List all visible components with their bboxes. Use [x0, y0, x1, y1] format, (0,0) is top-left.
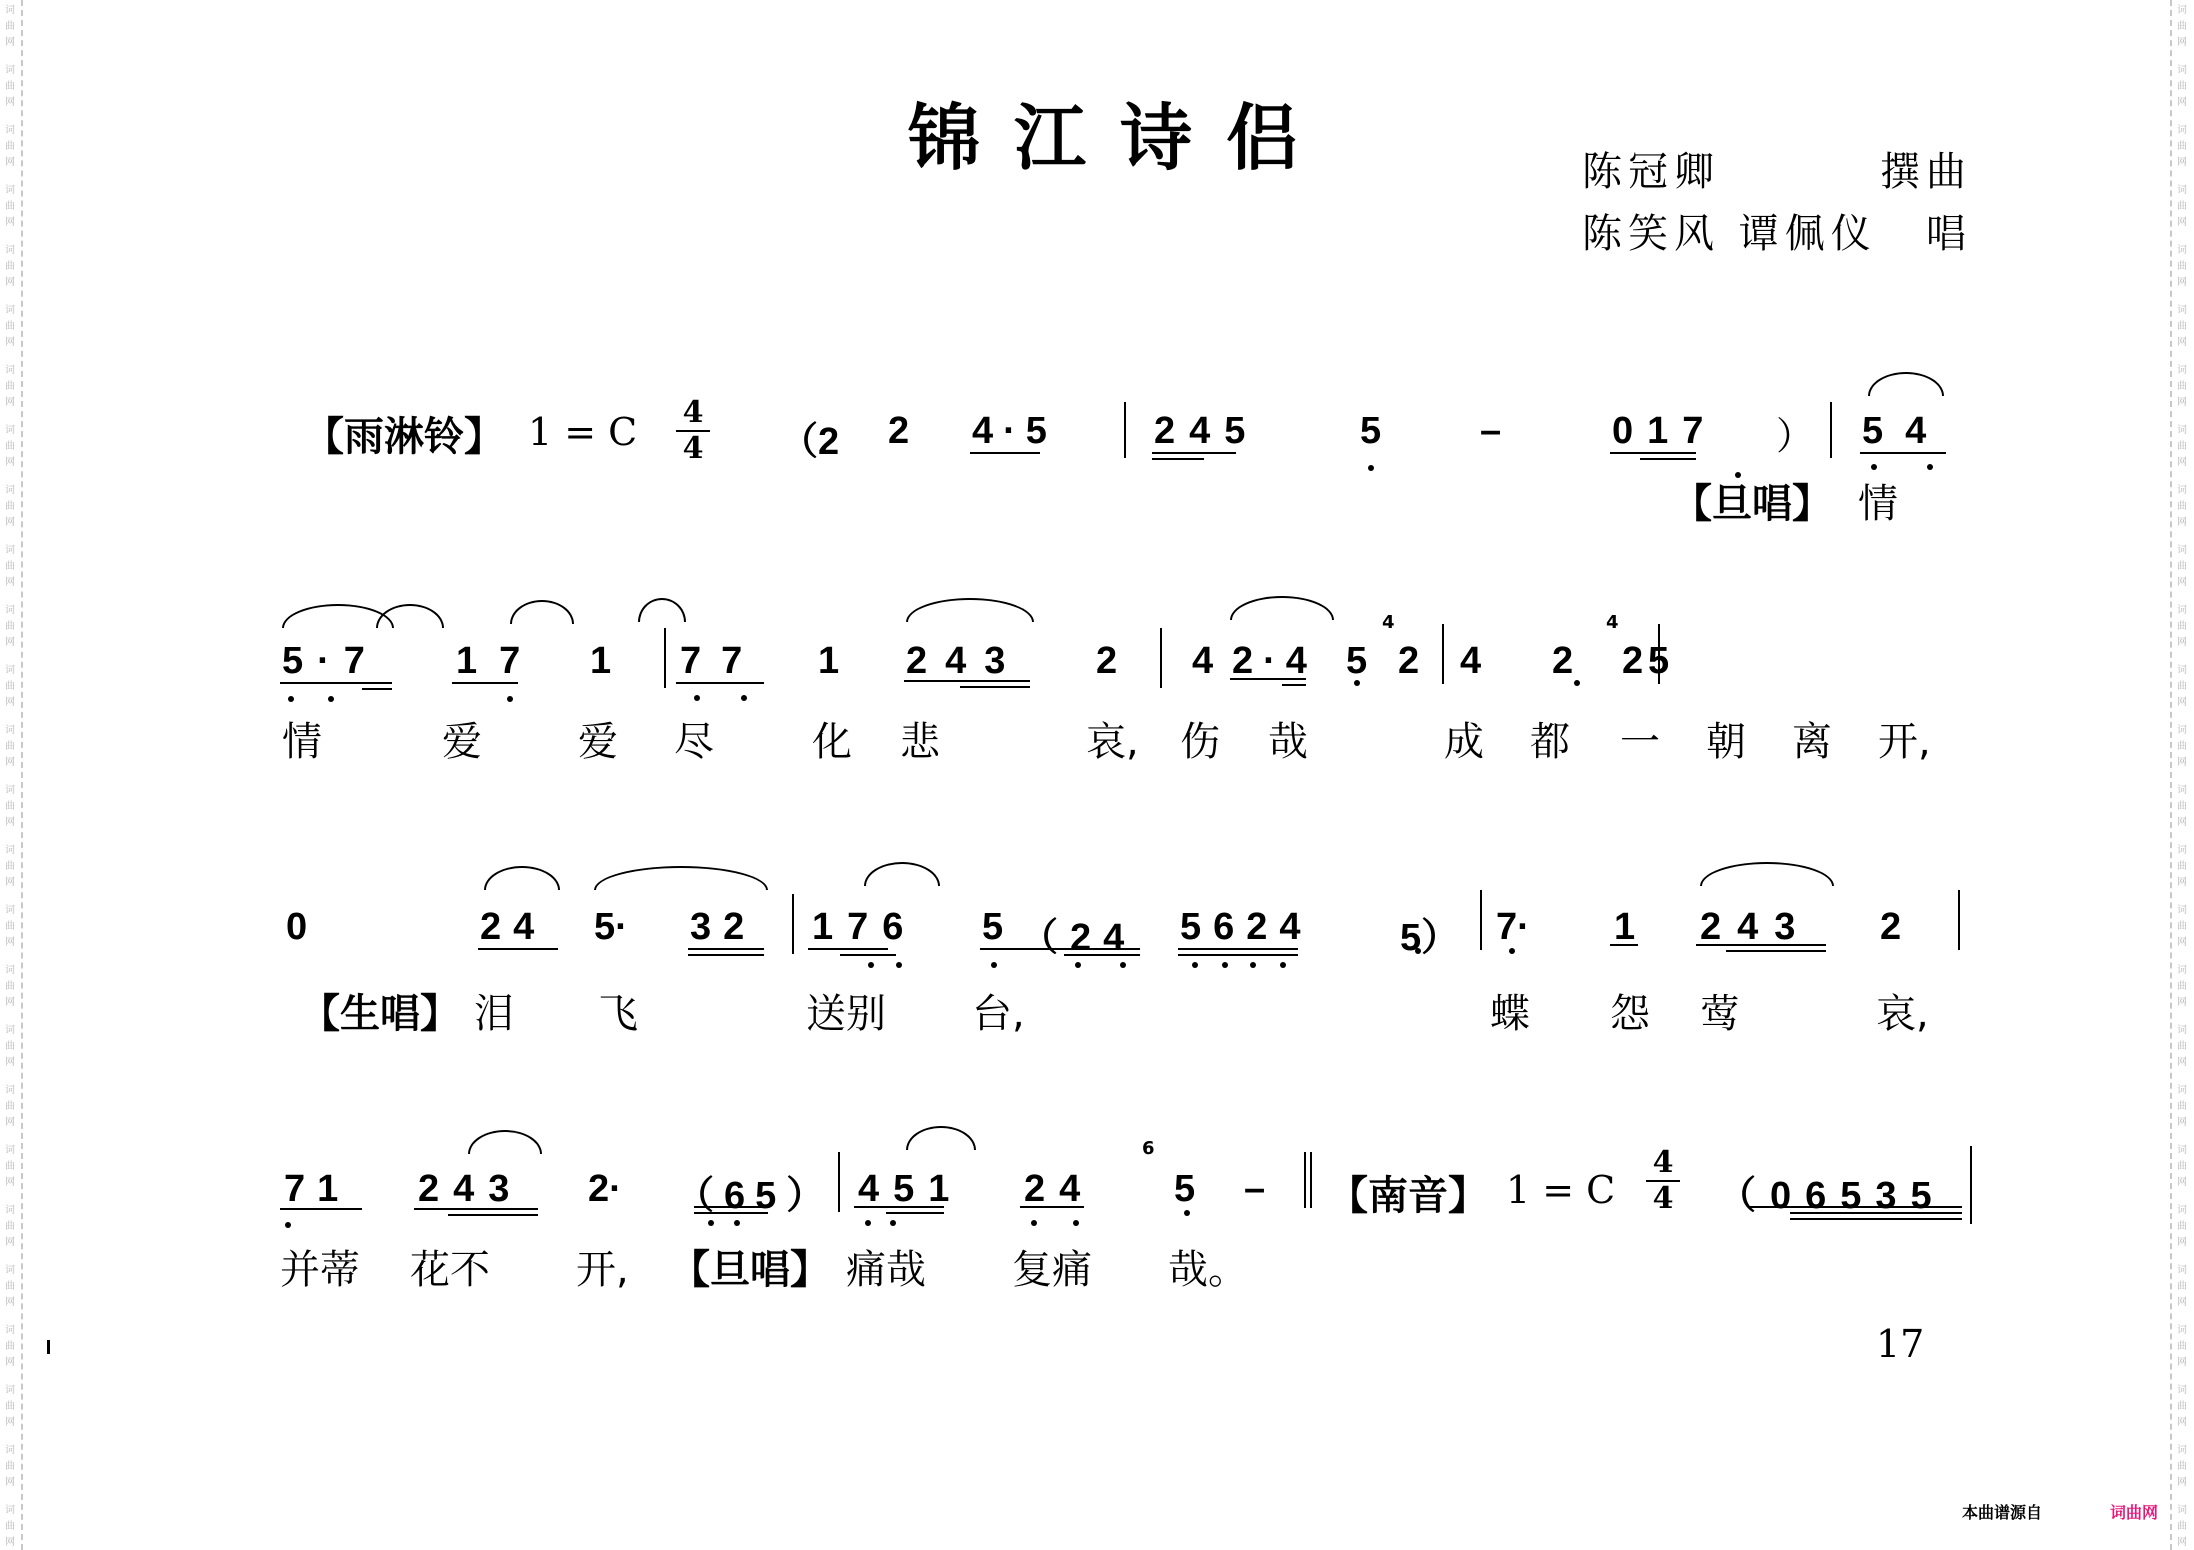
watermark-glyph: 曲	[4, 320, 16, 333]
octave-dot	[694, 695, 700, 701]
watermark-glyph: 网	[4, 876, 16, 889]
octave-dot	[991, 962, 997, 968]
watermark-glyph: 网	[4, 936, 16, 949]
watermark-glyph: 词	[4, 124, 16, 137]
watermark-glyph: 曲	[4, 1400, 16, 1413]
note: 4	[1460, 640, 1481, 683]
watermark-glyph: 曲	[2176, 560, 2188, 573]
slur	[468, 1130, 542, 1154]
watermark-glyph: 词	[4, 1024, 16, 1037]
watermark-glyph: 词	[2176, 1384, 2188, 1397]
dash: –	[1480, 410, 1501, 453]
double-barline	[1310, 1152, 1312, 1208]
watermark-glyph: 网	[2176, 636, 2188, 649]
watermark-glyph: 词	[2176, 1084, 2188, 1097]
song-title: 锦江诗侣	[908, 80, 1332, 184]
watermark-glyph: 词	[4, 1204, 16, 1217]
time-signature: 44	[676, 398, 710, 464]
watermark-glyph: 曲	[4, 80, 16, 93]
right-watermark-strip: 词曲网词曲网词曲网词曲网词曲网词曲网词曲网词曲网词曲网词曲网词曲网词曲网词曲网词…	[2168, 0, 2192, 1550]
note-group: 243	[906, 640, 1023, 683]
note-group: 54	[1862, 410, 1948, 453]
watermark-glyph: 词	[2176, 904, 2188, 917]
note-group: （65）	[676, 1164, 834, 1219]
lyric: 朝	[1706, 710, 1746, 767]
note: 2	[1880, 906, 1901, 949]
octave-dot	[328, 696, 334, 702]
watermark-glyph: 曲	[2176, 920, 2188, 933]
margin-mark	[47, 1340, 50, 1354]
watermark-glyph: 网	[4, 1296, 16, 1309]
barline	[1958, 890, 1960, 950]
note-group: 2·4	[1232, 640, 1317, 683]
lyric: 伤	[1180, 710, 1220, 767]
watermark-glyph: 网	[2176, 156, 2188, 169]
lyric: 蝶	[1490, 982, 1530, 1039]
watermark-glyph: 曲	[2176, 1040, 2188, 1053]
octave-dot	[1509, 948, 1515, 954]
note-group: 24	[1024, 1168, 1094, 1211]
underline	[1610, 452, 1696, 454]
underline	[1790, 1218, 1962, 1220]
watermark-glyph: 词	[2176, 544, 2188, 557]
watermark-glyph: 词	[4, 424, 16, 437]
octave-dot	[1073, 1220, 1079, 1226]
watermark-glyph: 曲	[2176, 440, 2188, 453]
note: 7·	[1496, 906, 1530, 949]
lyric: 泪	[474, 982, 514, 1039]
watermark-glyph: 词	[2176, 664, 2188, 677]
watermark-glyph: 词	[2176, 1444, 2188, 1457]
watermark-glyph: 曲	[4, 980, 16, 993]
underline	[1610, 944, 1638, 946]
underline	[1750, 1206, 1962, 1208]
lyric: 痛哉	[846, 1238, 926, 1295]
lyric: 并蒂	[280, 1238, 360, 1295]
lyric: 爱	[578, 710, 618, 767]
lyric: 都	[1530, 710, 1570, 767]
watermark-glyph: 网	[2176, 216, 2188, 229]
octave-dot	[865, 1220, 871, 1226]
watermark-glyph: 网	[2176, 36, 2188, 49]
watermark-glyph: 曲	[4, 1220, 16, 1233]
watermark-glyph: 网	[2176, 996, 2188, 1009]
watermark-glyph: 网	[4, 816, 16, 829]
octave-dot	[1192, 962, 1198, 968]
octave-dot	[741, 695, 747, 701]
watermark-glyph: 曲	[4, 800, 16, 813]
slur	[906, 1126, 976, 1150]
watermark-glyph: 词	[4, 304, 16, 317]
note-group: 17	[456, 640, 542, 683]
barline	[664, 628, 666, 688]
slur	[864, 862, 940, 886]
octave-dot	[890, 1220, 896, 1226]
watermark-glyph: 网	[2176, 576, 2188, 589]
lyric: 哉。	[1168, 1238, 1248, 1295]
watermark-glyph: 词	[2176, 184, 2188, 197]
underline	[970, 452, 1040, 454]
watermark-glyph: 词	[4, 1264, 16, 1277]
lyric: 爱	[442, 710, 482, 767]
watermark-glyph: 词	[2176, 1324, 2188, 1337]
barline	[1658, 624, 1660, 684]
dashed-border	[2170, 0, 2172, 1550]
note-group: 243	[418, 1168, 523, 1211]
watermark-glyph: 曲	[4, 140, 16, 153]
watermark-glyph: 曲	[2176, 1520, 2188, 1533]
octave-dot	[285, 1222, 291, 1228]
watermark-glyph: 词	[4, 64, 16, 77]
watermark-glyph: 网	[2176, 1056, 2188, 1069]
octave-dot	[708, 1220, 714, 1226]
underline	[1282, 684, 1306, 686]
watermark-glyph: 曲	[4, 560, 16, 573]
note-group: 451	[858, 1168, 963, 1211]
watermark-glyph: 网	[4, 1476, 16, 1489]
watermark-glyph: 网	[2176, 276, 2188, 289]
note-group: 77	[680, 640, 762, 683]
watermark-glyph: 网	[2176, 1116, 2188, 1129]
watermark-glyph: 曲	[2176, 1400, 2188, 1413]
watermark-glyph: 词	[4, 364, 16, 377]
watermark-glyph: 曲	[4, 200, 16, 213]
note: 2	[1096, 640, 1117, 683]
barline	[792, 894, 794, 954]
watermark-glyph: 曲	[2176, 80, 2188, 93]
underline	[676, 682, 764, 684]
underline	[688, 954, 764, 956]
lyric: 复痛	[1012, 1238, 1092, 1295]
note: 5	[1346, 640, 1367, 683]
watermark-glyph: 网	[4, 1116, 16, 1129]
watermark-glyph: 网	[2176, 396, 2188, 409]
watermark-glyph: 曲	[4, 1100, 16, 1113]
lyric: 尽	[674, 710, 714, 767]
watermark-glyph: 词	[4, 544, 16, 557]
watermark-glyph: 曲	[2176, 1100, 2188, 1113]
barline	[1970, 1146, 1972, 1224]
octave-dot	[1222, 962, 1228, 968]
watermark-glyph: 曲	[4, 1460, 16, 1473]
watermark-glyph: 词	[4, 604, 16, 617]
watermark-glyph: 词	[2176, 124, 2188, 137]
watermark-glyph: 曲	[2176, 320, 2188, 333]
underline	[694, 1212, 768, 1214]
note: 2·	[588, 1168, 622, 1211]
note-group: 5624	[1180, 906, 1313, 949]
underline	[1790, 1212, 1962, 1214]
watermark-glyph: 曲	[2176, 620, 2188, 633]
lyric: 莺	[1700, 982, 1740, 1039]
note: 2	[1398, 640, 1419, 683]
watermark-glyph: 网	[2176, 1236, 2188, 1249]
underline	[694, 1206, 768, 1208]
watermark-glyph: 曲	[4, 860, 16, 873]
watermark-glyph: 词	[2176, 1504, 2188, 1517]
watermark-glyph: 曲	[2176, 260, 2188, 273]
watermark-glyph: 网	[2176, 936, 2188, 949]
watermark-glyph: 曲	[2176, 1220, 2188, 1233]
underline	[1152, 452, 1236, 454]
watermark-glyph: 网	[4, 1536, 16, 1549]
watermark-glyph: 曲	[4, 1160, 16, 1173]
watermark-glyph: 曲	[2176, 1340, 2188, 1353]
time-signature: 44	[1646, 1148, 1680, 1214]
watermark-glyph: 网	[4, 1236, 16, 1249]
watermark-glyph: 网	[4, 636, 16, 649]
singer-names: 陈笑风 谭佩仪	[1582, 202, 1877, 259]
octave-dot	[1574, 680, 1580, 686]
watermark-glyph: 曲	[4, 680, 16, 693]
watermark-glyph: 网	[4, 96, 16, 109]
tune-tag: 【南音】	[1328, 1164, 1488, 1221]
note: 2	[888, 410, 909, 453]
slur	[594, 866, 768, 890]
watermark-glyph: 曲	[2176, 860, 2188, 873]
watermark-glyph: 网	[2176, 816, 2188, 829]
note-group: 017	[1612, 410, 1717, 453]
watermark-glyph: 词	[2176, 1204, 2188, 1217]
octave-dot	[734, 1220, 740, 1226]
underline	[840, 954, 896, 956]
underline	[478, 948, 558, 950]
underline	[1064, 954, 1140, 956]
octave-dot	[1184, 1210, 1190, 1216]
dash: –	[1244, 1168, 1265, 1211]
watermark-glyph: 网	[4, 756, 16, 769]
lyric: 送别	[806, 982, 886, 1039]
note: 5·	[594, 906, 628, 949]
lyric: 成	[1444, 710, 1484, 767]
note-group: 71	[284, 1168, 350, 1211]
watermark-glyph: 网	[4, 36, 16, 49]
note-group: 5·7	[282, 640, 379, 683]
dashed-border	[21, 0, 23, 1550]
watermark-glyph: 曲	[2176, 740, 2188, 753]
note-group: （06535	[1718, 1164, 1946, 1219]
watermark-glyph: 词	[4, 844, 16, 857]
lyric: 离	[1792, 710, 1832, 767]
note: 2	[1622, 640, 1643, 683]
note: （2	[780, 410, 839, 465]
watermark-glyph: 词	[4, 784, 16, 797]
watermark-glyph: 词	[4, 1084, 16, 1097]
underline	[688, 948, 764, 950]
key-signature: 1 = C	[528, 410, 637, 454]
slur	[510, 600, 574, 624]
watermark-glyph: 曲	[2176, 20, 2188, 33]
octave-dot	[288, 696, 294, 702]
underline	[452, 682, 518, 684]
source-site-link[interactable]: 词曲网	[2110, 1500, 2158, 1523]
grace-note: 4	[1606, 612, 1619, 633]
slur	[906, 598, 1034, 622]
underline	[1020, 1206, 1084, 1208]
watermark-glyph: 网	[4, 516, 16, 529]
slur	[1700, 862, 1834, 886]
watermark-glyph: 曲	[2176, 380, 2188, 393]
note: 0	[286, 906, 307, 949]
watermark-glyph: 网	[2176, 1476, 2188, 1489]
watermark-glyph: 词	[4, 1324, 16, 1337]
watermark-glyph: 网	[2176, 1356, 2188, 1369]
grace-note: 4	[1382, 612, 1395, 633]
octave-dot	[1368, 465, 1374, 471]
octave-dot	[1031, 1220, 1037, 1226]
watermark-glyph: 词	[4, 664, 16, 677]
underline	[280, 682, 392, 684]
watermark-glyph: 词	[2176, 304, 2188, 317]
watermark-glyph: 曲	[2176, 1280, 2188, 1293]
watermark-glyph: 网	[4, 1056, 16, 1069]
lyric: 开,	[576, 1238, 629, 1295]
watermark-glyph: 曲	[4, 1040, 16, 1053]
tune-tag: 【雨淋铃】	[304, 405, 504, 462]
lyric: 花不	[410, 1238, 490, 1295]
underline	[362, 688, 392, 690]
underline	[980, 948, 1140, 950]
watermark-glyph: 词	[2176, 484, 2188, 497]
note: 5	[1360, 410, 1381, 453]
underline	[886, 1212, 944, 1214]
watermark-glyph: 网	[2176, 756, 2188, 769]
watermark-glyph: 词	[4, 4, 16, 17]
key-signature: 1 = C	[1506, 1168, 1615, 1212]
lyric: 哉	[1268, 710, 1308, 767]
lyric: 台,	[972, 982, 1025, 1039]
singer-role: 唱	[1926, 202, 1972, 259]
watermark-glyph: 曲	[4, 380, 16, 393]
barline	[1160, 628, 1162, 688]
watermark-glyph: 网	[2176, 1536, 2188, 1549]
octave-dot	[1871, 464, 1877, 470]
octave-dot	[1354, 680, 1360, 686]
watermark-glyph: 网	[2176, 876, 2188, 889]
octave-dot	[1415, 948, 1421, 954]
underline	[854, 1206, 944, 1208]
watermark-glyph: 词	[4, 244, 16, 257]
watermark-glyph: 网	[2176, 96, 2188, 109]
lyric: 哀,	[1086, 710, 1139, 767]
lyric-tag: 【生唱】	[300, 982, 460, 1039]
watermark-glyph: 曲	[2176, 1460, 2188, 1473]
note: 5	[982, 906, 1003, 949]
underline	[448, 1214, 538, 1216]
barline	[1442, 624, 1444, 684]
watermark-glyph: 词	[4, 964, 16, 977]
watermark-glyph: 网	[4, 1176, 16, 1189]
note-group: （24	[1020, 906, 1136, 961]
watermark-glyph: 词	[4, 724, 16, 737]
watermark-glyph: 网	[4, 276, 16, 289]
watermark-glyph: 网	[4, 1416, 16, 1429]
octave-dot	[868, 962, 874, 968]
watermark-glyph: 曲	[4, 260, 16, 273]
underline	[1640, 458, 1696, 460]
lyric: 飞	[598, 982, 638, 1039]
watermark-glyph: 曲	[2176, 800, 2188, 813]
barline	[838, 1152, 840, 1212]
watermark-glyph: 词	[2176, 604, 2188, 617]
note-group: 24	[480, 906, 546, 949]
watermark-glyph: 网	[2176, 456, 2188, 469]
watermark-glyph: 网	[4, 576, 16, 589]
watermark-glyph: 网	[2176, 336, 2188, 349]
lyric: 化	[812, 710, 852, 767]
watermark-glyph: 曲	[4, 920, 16, 933]
watermark-glyph: 词	[2176, 1024, 2188, 1037]
watermark-glyph: 词	[2176, 364, 2188, 377]
page-number: 17	[1876, 1322, 1924, 1366]
watermark-glyph: 网	[4, 216, 16, 229]
lyric: 一	[1620, 710, 1660, 767]
grace-note: 6	[1142, 1138, 1155, 1159]
underline	[808, 948, 888, 950]
octave-dot	[1280, 962, 1286, 968]
source-label: 本曲谱源自	[1962, 1500, 2042, 1523]
octave-dot	[1250, 962, 1256, 968]
watermark-glyph: 词	[4, 1444, 16, 1457]
watermark-glyph: 词	[4, 484, 16, 497]
lyric: 开,	[1878, 710, 1931, 767]
watermark-glyph: 词	[2176, 64, 2188, 77]
watermark-glyph: 网	[4, 696, 16, 709]
watermark-glyph: 词	[2176, 244, 2188, 257]
watermark-glyph: 曲	[2176, 980, 2188, 993]
composer-name: 陈冠卿	[1582, 140, 1720, 197]
slur	[1230, 596, 1334, 620]
lyric: 哀,	[1876, 982, 1929, 1039]
watermark-glyph: 网	[2176, 1416, 2188, 1429]
slur	[376, 604, 444, 628]
lyric: 怨	[1610, 982, 1650, 1039]
watermark-glyph: 曲	[4, 620, 16, 633]
underline	[904, 680, 1030, 682]
watermark-glyph: 词	[2176, 4, 2188, 17]
watermark-glyph: 词	[4, 184, 16, 197]
watermark-glyph: 网	[2176, 696, 2188, 709]
note-group: 243	[1700, 906, 1811, 949]
watermark-glyph: 词	[2176, 784, 2188, 797]
note-group: 32	[690, 906, 756, 949]
watermark-glyph: 网	[4, 1356, 16, 1369]
note-group: 245	[1154, 410, 1259, 453]
lyric-tag: 【旦唱】	[670, 1238, 830, 1295]
watermark-glyph: 网	[2176, 1296, 2188, 1309]
watermark-glyph: 词	[4, 1144, 16, 1157]
note: 1	[1614, 906, 1635, 949]
underline	[1696, 944, 1826, 946]
note: 4	[1192, 640, 1213, 683]
note: 5）	[1400, 906, 1459, 961]
watermark-glyph: 词	[4, 1384, 16, 1397]
watermark-glyph: 曲	[2176, 200, 2188, 213]
watermark-glyph: 网	[2176, 1176, 2188, 1189]
watermark-glyph: 词	[4, 904, 16, 917]
double-barline	[1304, 1152, 1306, 1208]
watermark-glyph: 网	[4, 156, 16, 169]
octave-dot	[1120, 962, 1126, 968]
octave-dot	[507, 696, 513, 702]
watermark-glyph: 词	[2176, 844, 2188, 857]
paren: ）	[1776, 405, 1814, 460]
slur	[638, 598, 686, 622]
watermark-glyph: 网	[4, 456, 16, 469]
note-group: 4·5	[972, 410, 1057, 453]
watermark-glyph: 曲	[4, 1280, 16, 1293]
left-watermark-strip: 词曲网词曲网词曲网词曲网词曲网词曲网词曲网词曲网词曲网词曲网词曲网词曲网词曲网词…	[0, 0, 24, 1550]
